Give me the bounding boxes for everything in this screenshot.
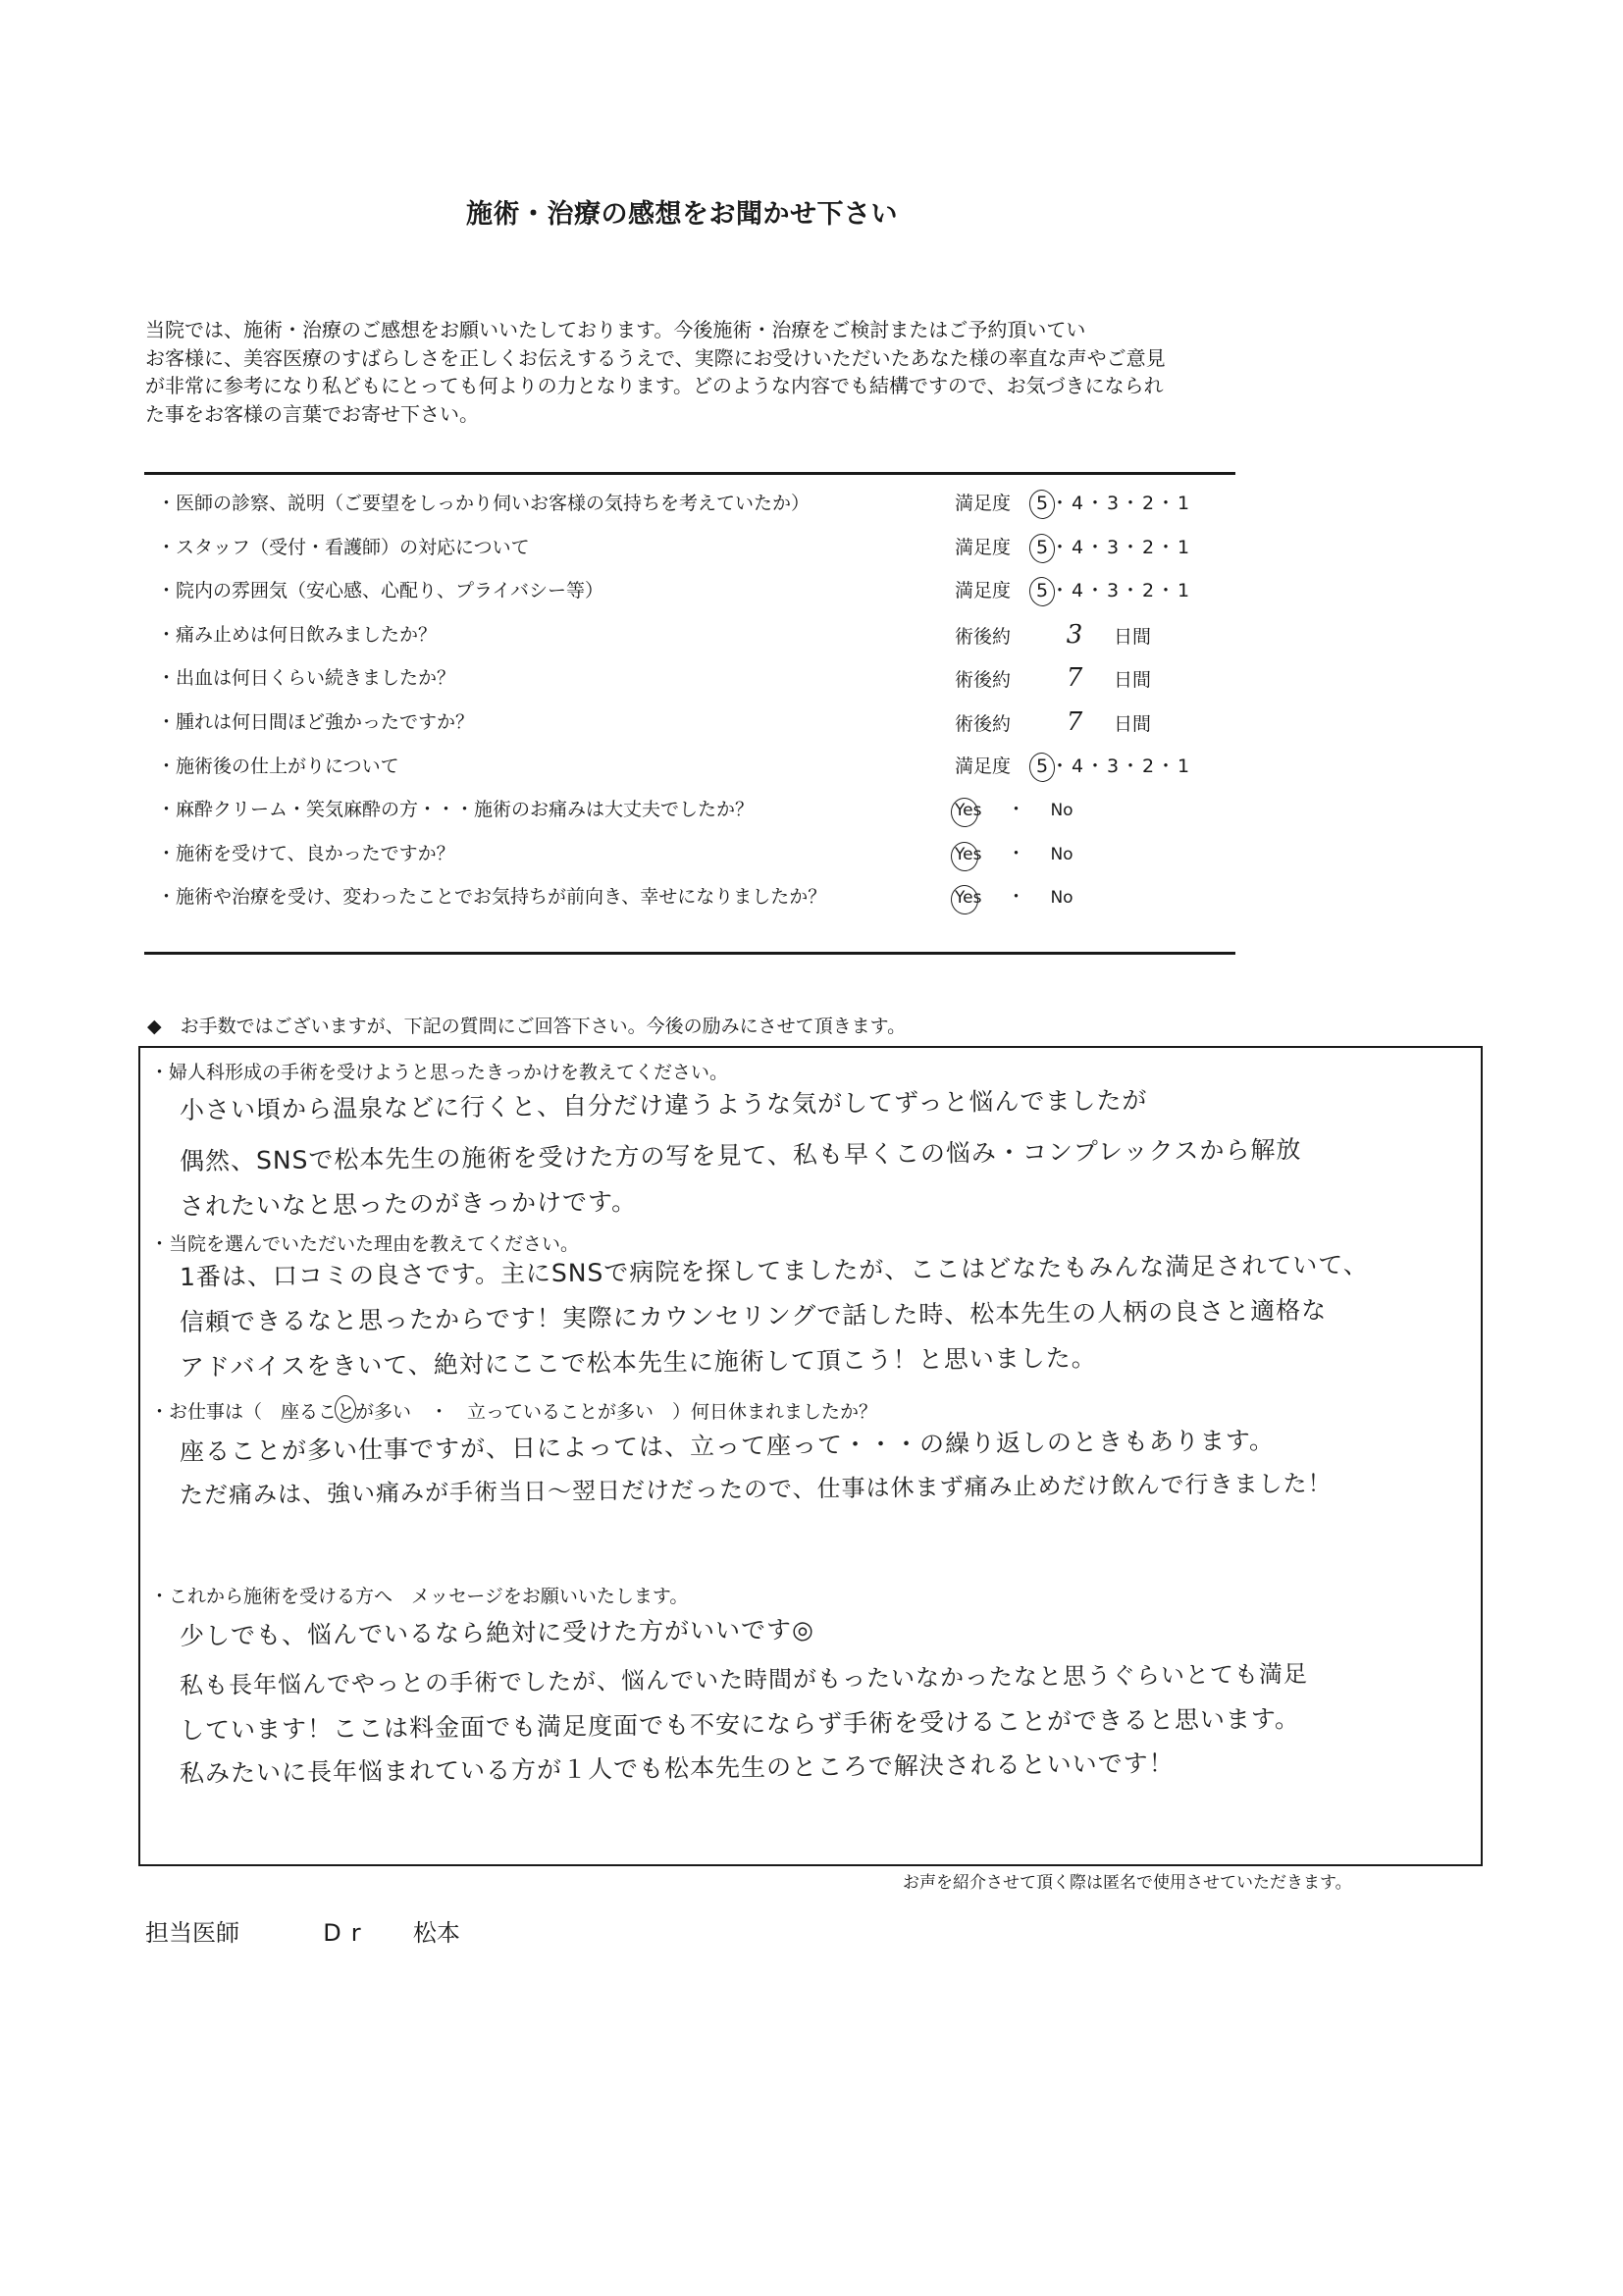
satisfaction-label: 満足度 bbox=[955, 752, 1035, 778]
question-label: ・施術や治療を受け、変わったことでお気持ちが前向き、幸せになりましたか？ bbox=[157, 882, 826, 909]
separator: ・ bbox=[1084, 576, 1106, 602]
separator: ・ bbox=[1120, 576, 1141, 602]
question-answer: 満足度5・4・3・2・1 bbox=[955, 489, 1190, 515]
rating-option[interactable]: 4 bbox=[1071, 580, 1084, 601]
rating-option[interactable]: 2 bbox=[1141, 537, 1155, 558]
satisfaction-label: 満足度 bbox=[955, 489, 1035, 515]
separator: ・ bbox=[1120, 533, 1141, 559]
question-row: ・医師の診察、説明（ご要望をしっかり伺いお客様の気持ちを考えていたか）満足度5・… bbox=[157, 489, 1236, 518]
yes-no-option[interactable]: No bbox=[1050, 888, 1073, 908]
question-label: ・施術を受けて、良かったですか？ bbox=[157, 839, 455, 865]
question-label: ・麻酔クリーム・笑気麻酔の方・・・施術のお痛みは大丈夫でしたか？ bbox=[157, 795, 754, 821]
separator: ・ bbox=[1084, 752, 1106, 778]
doctor-title: Dr bbox=[323, 1919, 370, 1947]
rating-option[interactable]: 1 bbox=[1177, 493, 1190, 514]
yes-no-option-selected[interactable]: Yes bbox=[955, 888, 981, 908]
question-label: ・スタッフ（受付・看護師）の対応について bbox=[157, 533, 530, 559]
attending-doctor: 担当医師 Dr 松本 bbox=[145, 1913, 460, 1948]
question-row: ・痛み止めは何日飲みましたか？術後約3日間 bbox=[157, 620, 1236, 650]
question-row: ・院内の雰囲気（安心感、心配り、プライバシー等）満足度5・4・3・2・1 bbox=[157, 576, 1236, 605]
rating-option[interactable]: 3 bbox=[1106, 580, 1120, 601]
separator: ・ bbox=[1120, 489, 1141, 515]
section-question: ・当院を選んでいただいた理由を教えてください。 bbox=[150, 1229, 579, 1256]
separator: ・ bbox=[981, 839, 1050, 865]
handwritten-answer: 信頼できるなと思ったからです！実際にカウンセリングで話した時、松本先生の人柄の良… bbox=[180, 1291, 1328, 1338]
handwritten-answer: しています！ここは料金面でも満足度面でも不安にならず手術を受けることができると思… bbox=[180, 1699, 1300, 1747]
question-label: ・腫れは何日間ほど強かったですか？ bbox=[157, 707, 474, 734]
question-answer: Yes・No bbox=[955, 882, 1073, 909]
handwritten-answer: 私みたいに長年悩まれている方が１人でも松本先生のところで解決されるといいです！ bbox=[180, 1744, 1175, 1790]
satisfaction-label: 満足度 bbox=[955, 576, 1035, 602]
doctor-name: 松本 bbox=[413, 1913, 460, 1948]
handwritten-answer: 偶然、SNSで松本先生の施術を受けた方の写を見て、私も早くこの悩み・コンプレック… bbox=[180, 1130, 1302, 1177]
instruction-note: ◆ お手数ではございますが、下記の質問にご回答下さい。今後の励みにさせて頂きます… bbox=[147, 1012, 906, 1038]
intro-paragraph: 当院では、施術・治療のご感想をお願いいたしております。今後施術・治療をご検討また… bbox=[145, 316, 1244, 428]
separator: ・ bbox=[1120, 752, 1141, 778]
separator: ・ bbox=[1155, 489, 1177, 515]
question-answer: 満足度5・4・3・2・1 bbox=[955, 752, 1190, 778]
rating-option[interactable]: 2 bbox=[1141, 580, 1155, 601]
question-row: ・麻酔クリーム・笑気麻酔の方・・・施術のお痛みは大丈夫でしたか？Yes・No bbox=[157, 795, 1236, 824]
doctor-label: 担当医師 bbox=[145, 1913, 239, 1948]
yes-no-option[interactable]: No bbox=[1050, 845, 1073, 864]
rating-option[interactable]: 1 bbox=[1177, 756, 1190, 777]
post-op-label: 術後約 bbox=[955, 622, 1035, 649]
handwritten-days[interactable]: 7 bbox=[1035, 663, 1114, 693]
rating-option-selected[interactable]: 5 bbox=[1035, 537, 1049, 558]
handwritten-answer: 私も長年悩んでやっとの手術でしたが、悩んでいた時間がもったいなかったなと思うぐら… bbox=[180, 1654, 1308, 1700]
question-answer: 満足度5・4・3・2・1 bbox=[955, 576, 1190, 602]
rating-option[interactable]: 3 bbox=[1106, 537, 1120, 558]
question-label: ・施術後の仕上がりについて bbox=[157, 752, 399, 778]
intro-line: 当院では、施術・治療のご感想をお願いいたしております。今後施術・治療をご検討また… bbox=[145, 316, 1244, 344]
rating-option[interactable]: 2 bbox=[1141, 756, 1155, 777]
question-label: ・痛み止めは何日飲みましたか？ bbox=[157, 620, 437, 647]
question-row: ・施術や治療を受け、変わったことでお気持ちが前向き、幸せになりましたか？Yes・… bbox=[157, 882, 1236, 912]
days-suffix: 日間 bbox=[1114, 713, 1151, 735]
separator: ・ bbox=[1155, 576, 1177, 602]
question-answer: 術後約7日間 bbox=[955, 707, 1151, 737]
question-row: ・出血は何日くらい続きましたか？術後約7日間 bbox=[157, 663, 1236, 693]
section-question: ・婦人科形成の手術を受けようと思ったきっかけを教えてください。 bbox=[150, 1058, 728, 1084]
separator: ・ bbox=[1155, 752, 1177, 778]
rating-option[interactable]: 1 bbox=[1177, 580, 1190, 601]
question-label: ・医師の診察、説明（ご要望をしっかり伺いお客様の気持ちを考えていたか） bbox=[157, 489, 810, 515]
section-question: ・お仕事は（ 座ることが多い ・ 立っていることが多い ）何日休まれましたか？ bbox=[150, 1397, 877, 1424]
yes-no-option-selected[interactable]: Yes bbox=[955, 801, 981, 820]
question-label: ・院内の雰囲気（安心感、心配り、プライバシー等） bbox=[157, 576, 603, 602]
days-suffix: 日間 bbox=[1114, 669, 1151, 691]
question-answer: Yes・No bbox=[955, 795, 1073, 821]
question-answer: Yes・No bbox=[955, 839, 1073, 865]
question-part: ・お仕事は（ 座るこ bbox=[150, 1401, 337, 1423]
handwritten-answer: 少しでも、悩んでいるなら絶対に受けた方がいいです◎ bbox=[180, 1610, 814, 1652]
divider-top bbox=[144, 472, 1235, 475]
rating-option-selected[interactable]: 5 bbox=[1035, 493, 1049, 514]
separator: ・ bbox=[981, 882, 1050, 909]
rating-option[interactable]: 3 bbox=[1106, 756, 1120, 777]
separator: ・ bbox=[1084, 489, 1106, 515]
yes-no-option[interactable]: No bbox=[1050, 801, 1073, 820]
question-label: ・出血は何日くらい続きましたか？ bbox=[157, 663, 455, 690]
rating-option[interactable]: 3 bbox=[1106, 493, 1120, 514]
rating-option[interactable]: 4 bbox=[1071, 537, 1084, 558]
rating-option[interactable]: 4 bbox=[1071, 756, 1084, 777]
question-answer: 満足度5・4・3・2・1 bbox=[955, 533, 1190, 559]
section-question: ・これから施術を受ける方へ メッセージをお願いいたします。 bbox=[150, 1582, 688, 1608]
post-op-label: 術後約 bbox=[955, 665, 1035, 692]
rating-option-selected[interactable]: 5 bbox=[1035, 580, 1049, 601]
rating-option[interactable]: 2 bbox=[1141, 493, 1155, 514]
rating-option[interactable]: 4 bbox=[1071, 493, 1084, 514]
intro-line: た事をお客様の言葉でお寄せ下さい。 bbox=[145, 400, 1244, 429]
question-row: ・スタッフ（受付・看護師）の対応について満足度5・4・3・2・1 bbox=[157, 533, 1236, 562]
question-row: ・施術を受けて、良かったですか？Yes・No bbox=[157, 839, 1236, 868]
intro-line: が非常に参考になり私どもにとっても何よりの力となります。どのような内容でも結構で… bbox=[145, 372, 1244, 400]
separator: ・ bbox=[1155, 533, 1177, 559]
satisfaction-label: 満足度 bbox=[955, 533, 1035, 559]
yes-no-option-selected[interactable]: Yes bbox=[955, 845, 981, 864]
handwritten-days[interactable]: 7 bbox=[1035, 707, 1114, 737]
days-suffix: 日間 bbox=[1114, 626, 1151, 648]
separator: ・ bbox=[981, 795, 1050, 821]
rating-option[interactable]: 1 bbox=[1177, 537, 1190, 558]
question-answer: 術後約7日間 bbox=[955, 663, 1151, 693]
question-row: ・腫れは何日間ほど強かったですか？術後約7日間 bbox=[157, 707, 1236, 737]
separator: ・ bbox=[1084, 533, 1106, 559]
page-title: 施術・治療の感想をお聞かせ下さい bbox=[0, 192, 1364, 231]
handwritten-answer: ただ痛みは、強い痛みが手術当日〜翌日だけだったので、仕事は休まず痛み止めだけ飲ん… bbox=[180, 1464, 1333, 1510]
handwritten-answer: 座ることが多い仕事ですが、日によっては、立って座って・・・の繰り返しのときもあり… bbox=[180, 1421, 1275, 1468]
handwritten-answer: アドバイスをきいて、絶対にここで松本先生に施術して頂こう！と思いました。 bbox=[180, 1338, 1097, 1383]
handwritten-answer: されたいなと思ったのがきっかけです。 bbox=[180, 1182, 637, 1223]
divider-bottom bbox=[144, 952, 1235, 955]
anonymity-note: お声を紹介させて頂く際は匿名で使用させていただきます。 bbox=[903, 1868, 1352, 1893]
free-answer-box: ・婦人科形成の手術を受けようと思ったきっかけを教えてください。 小さい頃から温泉… bbox=[138, 1046, 1483, 1866]
handwritten-days[interactable]: 3 bbox=[1035, 620, 1114, 650]
question-row: ・施術後の仕上がりについて満足度5・4・3・2・1 bbox=[157, 752, 1236, 781]
question-answer: 術後約3日間 bbox=[955, 620, 1151, 650]
post-op-label: 術後約 bbox=[955, 709, 1035, 736]
handwritten-answer: 小さい頃から温泉などに行くと、自分だけ違うような気がしてずっと悩んでましたが bbox=[180, 1081, 1148, 1126]
question-part: 多い ・ 立っていることが多い ）何日休まれましたか？ bbox=[374, 1401, 877, 1423]
intro-line: お客様に、美容医療のすばらしさを正しくお伝えするうえで、実際にお受けいただいたあ… bbox=[145, 344, 1244, 373]
circled-answer: とが bbox=[337, 1397, 374, 1424]
rating-option-selected[interactable]: 5 bbox=[1035, 756, 1049, 777]
